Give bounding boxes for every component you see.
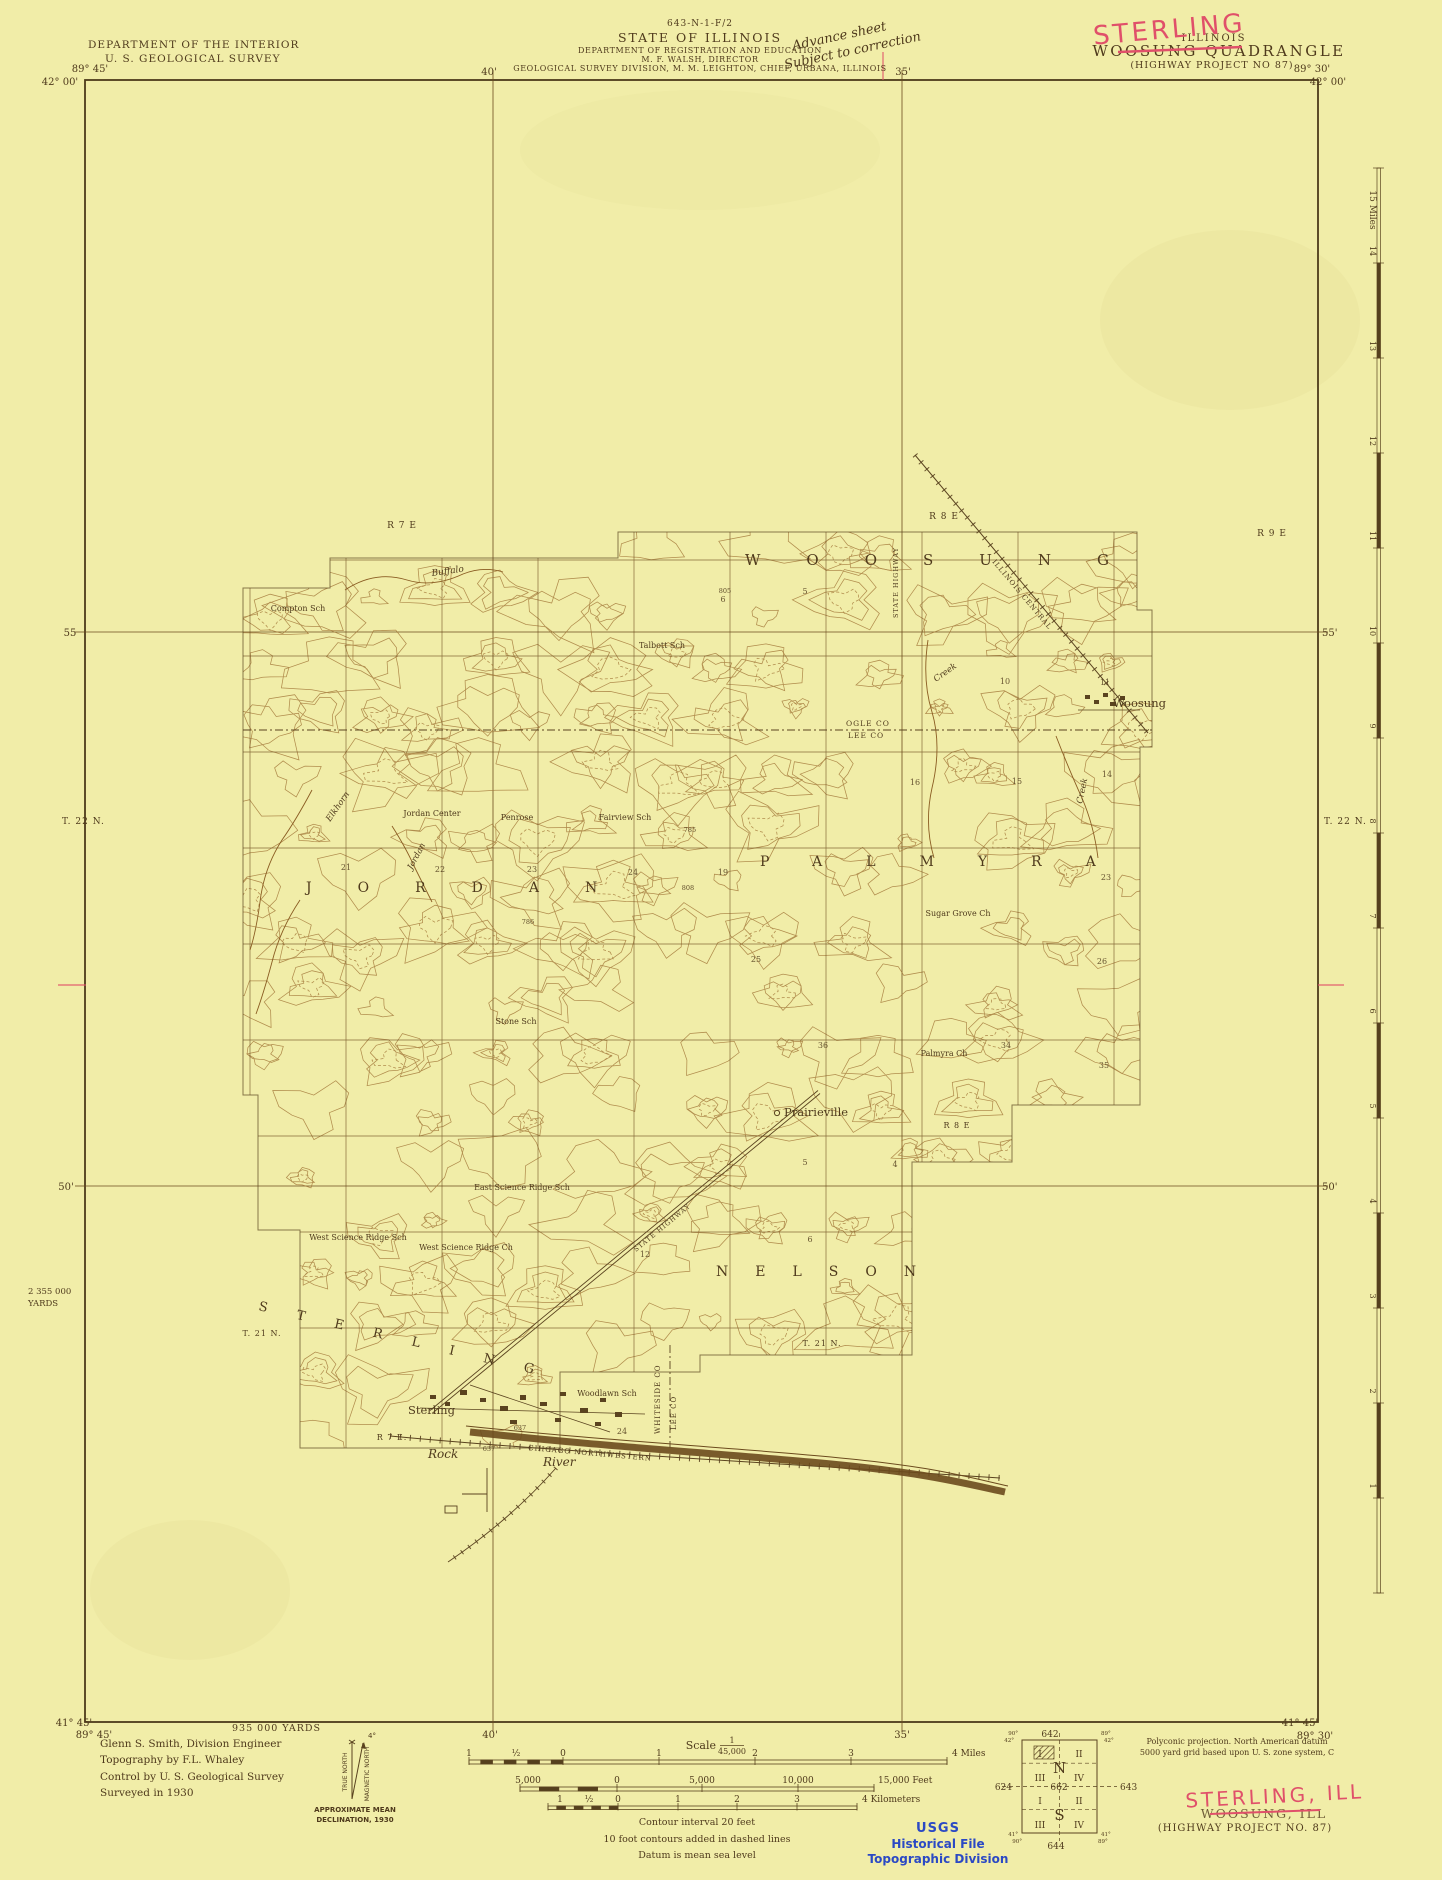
mile-ruler-value: 5 xyxy=(1368,1103,1377,1108)
credit-line: Topography by F.L. Whaley xyxy=(100,1754,244,1766)
current-sheet-hatch xyxy=(1034,1746,1054,1759)
km-scale-label: 1 xyxy=(557,1795,563,1805)
index-north-letter: N xyxy=(1053,1759,1066,1777)
feet-scale-label: 5,000 xyxy=(515,1776,541,1786)
feet-scale-label: 15,000 Feet xyxy=(878,1776,933,1786)
tick-35-top: 35' xyxy=(895,67,910,78)
mile-ruler-title: 15 Miles xyxy=(1367,190,1377,230)
mile-ruler xyxy=(1373,168,1384,1593)
section-number: 24 xyxy=(628,868,638,877)
section-number: 23 xyxy=(1101,873,1111,882)
projection-notes: Polyconic projection. North American dat… xyxy=(1140,1737,1334,1757)
mile-ruler-value: 1 xyxy=(1368,1483,1377,1488)
corner-tr-lat: 42° 00' xyxy=(1310,77,1346,88)
index-north-sheet: 642 xyxy=(1041,1730,1058,1740)
credit-line: Surveyed in 1930 xyxy=(100,1787,194,1799)
mile-ruler-value: 13 xyxy=(1368,341,1377,351)
section-number: 16 xyxy=(910,778,920,787)
index-quadrant: IV xyxy=(1074,1774,1085,1784)
section-number: 5 xyxy=(802,587,807,596)
km-scale-label: 0 xyxy=(615,1795,621,1805)
km-scale-label: 4 Kilometers xyxy=(862,1795,921,1805)
creek-label-1: Creek xyxy=(932,661,959,684)
section-number: 34 xyxy=(1001,1041,1011,1050)
km-scale-label: ½ xyxy=(585,1794,594,1805)
section-number: 10 xyxy=(1000,677,1010,686)
section-number: 11 xyxy=(1100,678,1110,687)
index-corner-coord: 42° xyxy=(1104,1738,1114,1744)
km-scale-label: 2 xyxy=(734,1795,740,1805)
landing-field xyxy=(445,1468,487,1513)
highway-project-title: (HIGHWAY PROJECT NO 87) xyxy=(1130,60,1293,71)
datum-note: Datum is mean sea level xyxy=(638,1850,755,1861)
mile-ruler-value: 3 xyxy=(1368,1293,1377,1298)
mile-ruler-value: 14 xyxy=(1368,246,1377,256)
township-palmyra: PALMYRA xyxy=(760,854,1140,870)
streams xyxy=(250,569,1098,1014)
penrose-label: Penrose xyxy=(501,813,534,822)
sugar-grove-church-label: Sugar Grove Ch xyxy=(926,909,991,918)
fairview-school-label: Fairview Sch xyxy=(599,813,651,822)
town-labels: Woosung Prairieville Sterling xyxy=(408,696,1167,1417)
rock-river-label-river: River xyxy=(542,1455,577,1469)
tick-35-bottom: 35' xyxy=(894,1730,909,1741)
water-labels: Buffalo Elkhorn Jordan Creek Creek Rock … xyxy=(324,564,1091,1469)
highway-project-bottom: (HIGHWAY PROJECT NO. 87) xyxy=(1158,1823,1332,1834)
mile-ruler-value: 8 xyxy=(1368,818,1377,823)
spot-elevation: 808 xyxy=(682,884,694,892)
mile-ruler-value: 11 xyxy=(1368,531,1377,541)
buffalo-creek-label: Buffalo xyxy=(430,564,465,579)
spot-elevation: 786 xyxy=(522,918,534,926)
scale-word: Scale xyxy=(686,1739,716,1752)
tick-40-bottom: 40' xyxy=(482,1730,497,1741)
township-22n-right: T. 22 N. xyxy=(1324,817,1367,827)
corner-tr-lon: 89° 30' xyxy=(1294,64,1330,75)
section-number: 15 xyxy=(1012,777,1022,786)
jordan-center-label: Jordan Center xyxy=(402,809,460,818)
index-diagram: 642 644 624 643 662 N S I II III IV I II… xyxy=(995,1730,1138,1852)
km-scale-label: 1 xyxy=(675,1795,681,1805)
township-name-labels: WOOSUNG JORDAN PALMYRA NELSON STERLING xyxy=(257,551,1155,1384)
credit-line: Control by U. S. Geological Survey xyxy=(100,1771,284,1783)
section-number: 21 xyxy=(341,863,351,872)
declination-caption-1: APPROXIMATE MEAN xyxy=(314,1806,396,1814)
spot-elevation: 637 xyxy=(483,1445,495,1453)
index-corner-coord: 41° xyxy=(1101,1832,1111,1838)
west-science-ridge-school-label: West Science Ridge Sch xyxy=(309,1233,407,1242)
plate-code: 643-N-1-F/2 xyxy=(667,19,733,29)
dept-interior-line: DEPARTMENT OF THE INTERIOR xyxy=(88,39,299,51)
magnetic-north-label: MAGNETIC NORTH xyxy=(364,1747,371,1802)
index-quadrant: II xyxy=(1075,1797,1083,1807)
topo-quadrangle-scan: WOOSUNG JORDAN PALMYRA NELSON STERLING W… xyxy=(0,0,1442,1880)
true-north-label: TRUE NORTH xyxy=(342,1752,349,1792)
railroad-labels: ILLINOIS CENTRAL CHICAGO NORTHWESTERN xyxy=(528,558,1054,1463)
lee-county-label-vertical: LEE CO xyxy=(670,1396,678,1430)
plss-labels: R 7 E R 8 E R 9 E R 8 E R 7 E. T. 22 N. … xyxy=(62,512,1367,1442)
section-number: 4 xyxy=(892,1160,897,1169)
index-quadrant: I xyxy=(1038,1797,1042,1807)
map-sheet: WOOSUNG JORDAN PALMYRA NELSON STERLING W… xyxy=(0,0,1442,1880)
miles-scale-label: 3 xyxy=(848,1749,854,1759)
scale-numerator: 1 xyxy=(729,1736,734,1745)
township-nelson: NELSON xyxy=(716,1264,943,1280)
mile-ruler-value: 2 xyxy=(1368,1388,1377,1393)
corner-bl-lat: 41° 45' xyxy=(56,1718,92,1729)
range-8e-mid: R 8 E xyxy=(943,1121,970,1130)
township-jordan: JORDAN xyxy=(304,880,643,896)
section-number: 6 xyxy=(807,1235,812,1244)
index-corner-coord: 90° xyxy=(1008,1731,1018,1737)
projection-line1: Polyconic projection. North American dat… xyxy=(1146,1737,1328,1746)
miles-scale-label: 1 xyxy=(466,1749,472,1759)
corner-tl-lon: 89° 45' xyxy=(72,64,108,75)
miles-scale-label: ½ xyxy=(512,1748,521,1759)
woodlawn-school-label: Woodlawn Sch xyxy=(577,1389,636,1398)
mile-ruler-value: 7 xyxy=(1368,913,1377,918)
mile-ruler-labels: 15 Miles 14 13 12 11 10 9 8 7 6 5 4 3 2 … xyxy=(1367,190,1377,1488)
town-sterling: Sterling xyxy=(408,1403,456,1417)
township-21n-left: T. 21 N. xyxy=(243,1329,282,1338)
index-south-letter: S xyxy=(1054,1806,1064,1824)
section-number: 5 xyxy=(802,1158,807,1167)
spot-elevation: 785 xyxy=(684,826,696,834)
red-overprint-bottom: STERLING, ILL WOOSUNG, ILL (HIGHWAY PROJ… xyxy=(1158,1779,1365,1834)
stamp-line2: Historical File xyxy=(891,1837,984,1851)
section-number: 24 xyxy=(617,1427,627,1436)
range-9e-top: R 9 E xyxy=(1257,529,1287,539)
index-corner-coord: 89° xyxy=(1098,1839,1108,1845)
range-7e-top: R 7 E xyxy=(387,521,417,531)
index-quadrant: II xyxy=(1075,1750,1083,1760)
section-number: 12 xyxy=(640,1250,650,1259)
east-science-ridge-school-label: East Science Ridge Sch xyxy=(474,1183,570,1192)
index-corner-coord: 41° xyxy=(1008,1832,1018,1838)
section-number: 36 xyxy=(818,1041,828,1050)
scale-block: Scale 1 45,000 xyxy=(686,1736,746,1756)
credit-line: Glenn S. Smith, Division Engineer xyxy=(100,1738,282,1750)
scale-denominator: 45,000 xyxy=(718,1747,746,1756)
section-number: 25 xyxy=(751,955,761,964)
mile-ruler-value: 10 xyxy=(1368,626,1377,636)
contour-interval-note: Contour interval 20 feet xyxy=(639,1817,755,1828)
usgs-line: U. S. GEOLOGICAL SURVEY xyxy=(105,53,281,65)
state-title: STATE OF ILLINOIS xyxy=(618,30,782,45)
projection-line2: 5000 yard grid based upon U. S. zone sys… xyxy=(1140,1748,1334,1757)
compton-school-label: Compton Sch xyxy=(271,604,325,613)
tick-50-left: 50' xyxy=(58,1182,73,1193)
dashed-contours-note: 10 foot contours added in dashed lines xyxy=(603,1834,790,1845)
miles-scale-label: 0 xyxy=(560,1749,566,1759)
declination-angle: 4° xyxy=(368,1732,376,1740)
mile-ruler-value: 9 xyxy=(1368,723,1377,728)
spot-elevation: 637 xyxy=(514,1424,526,1432)
stamp-line1: USGS xyxy=(916,1821,960,1836)
registration-dept-line: DEPARTMENT OF REGISTRATION AND EDUCATION xyxy=(578,46,822,55)
declination-caption-2: DECLINATION, 1930 xyxy=(316,1816,393,1824)
talbott-school-label: Talbott Sch xyxy=(639,641,685,650)
lee-county-label: LEE CO xyxy=(848,731,884,740)
scale-bar-labels: 1 ½ 0 1 2 3 4 Miles 5,000 0 5,000 10,000… xyxy=(466,1748,986,1805)
stone-school-label: Stone Sch xyxy=(495,1017,536,1026)
palmyra-church-label: Palmyra Ch xyxy=(921,1049,968,1058)
elkhorn-creek-label: Elkhorn xyxy=(324,790,352,825)
declination-diagram: 4° TRUE NORTH MAGNETIC NORTH APPROXIMATE… xyxy=(314,1732,396,1824)
corner-tl-lat: 42° 00' xyxy=(42,77,78,88)
contour-lines xyxy=(205,512,1180,1460)
whiteside-county-label: WHITESIDE CO xyxy=(654,1365,662,1434)
illinois-central-label: ILLINOIS CENTRAL xyxy=(990,558,1053,631)
town-prairieville: Prairieville xyxy=(784,1105,848,1119)
index-quadrant: III xyxy=(1035,1821,1046,1831)
index-corner-coord: 42° xyxy=(1004,1738,1014,1744)
index-quadrant: I xyxy=(1038,1750,1042,1760)
yards-grid-bottom: 935 000 YARDS xyxy=(232,1723,321,1734)
mile-ruler-value: 4 xyxy=(1368,1198,1377,1203)
director-line: M. F. WALSH, DIRECTOR xyxy=(641,55,759,64)
prairieville-town-symbol xyxy=(774,1110,779,1115)
miles-scale-label: 2 xyxy=(752,1749,758,1759)
yards-grid-left-line2: YARDS xyxy=(27,1299,58,1309)
mile-ruler-value: 6 xyxy=(1368,1008,1377,1013)
map-notes: Contour interval 20 feet 10 foot contour… xyxy=(603,1817,790,1861)
west-science-ridge-church-label: West Science Ridge Ch xyxy=(419,1243,513,1252)
index-west-sheet: 624 xyxy=(995,1783,1012,1793)
tick-50-right: 50' xyxy=(1322,1182,1337,1193)
section-number: 19 xyxy=(718,868,728,877)
tick-55-right: 55' xyxy=(1322,628,1337,639)
town-woosung: Woosung xyxy=(1113,696,1167,710)
index-center-sheet: 662 xyxy=(1050,1783,1067,1793)
section-number: 6 xyxy=(720,595,725,604)
feet-scale-label: 5,000 xyxy=(689,1776,715,1786)
state-highway-label-vertical: STATE HIGHWAY xyxy=(892,547,900,618)
section-number: 23 xyxy=(527,865,537,874)
stamp-line3: Topographic Division xyxy=(868,1852,1009,1866)
range-7e-bottom: R 7 E. xyxy=(377,1433,408,1442)
tick-40-top: 40' xyxy=(481,67,496,78)
usgs-blue-stamp: USGS Historical File Topographic Divisio… xyxy=(868,1821,1009,1866)
feet-scale-label: 10,000 xyxy=(782,1776,814,1786)
section-number: 35 xyxy=(1099,1061,1109,1070)
section-number: 22 xyxy=(435,865,445,874)
yards-grid-left-line1: 2 355 000 xyxy=(28,1287,71,1297)
jordan-creek-label: Jordan xyxy=(405,841,428,873)
section-number: 14 xyxy=(1102,770,1112,779)
survey-division-line: GEOLOGICAL SURVEY DIVISION, M. M. LEIGHT… xyxy=(513,64,886,73)
credits-block: Glenn S. Smith, Division Engineer Topogr… xyxy=(100,1738,284,1799)
rock-river-label-rock: Rock xyxy=(427,1447,458,1461)
feet-scale-label: 0 xyxy=(614,1776,620,1786)
section-number: 26 xyxy=(1097,957,1107,966)
index-quadrant: IV xyxy=(1074,1821,1085,1831)
km-scale-label: 3 xyxy=(794,1795,800,1805)
header-block: DEPARTMENT OF THE INTERIOR U. S. GEOLOGI… xyxy=(88,8,1346,73)
miles-scale-label: 4 Miles xyxy=(952,1749,986,1759)
township-22n-left: T. 22 N. xyxy=(62,817,105,827)
ogle-county-label: OGLE CO xyxy=(846,719,890,728)
corner-br-lat: 41° 45' xyxy=(1282,1718,1318,1729)
tick-55-left: 55 xyxy=(64,628,77,639)
miles-scale-label: 1 xyxy=(656,1749,662,1759)
range-8e-top: R 8 E xyxy=(929,512,959,522)
township-woosung: WOOSUNG xyxy=(745,551,1155,569)
spot-elevation: 805 xyxy=(719,587,731,595)
mile-ruler-value: 12 xyxy=(1368,436,1377,446)
index-corner-coord: 90° xyxy=(1012,1839,1022,1845)
index-south-sheet: 644 xyxy=(1047,1842,1064,1852)
index-corner-coord: 89° xyxy=(1101,1731,1111,1737)
index-east-sheet: 643 xyxy=(1120,1783,1137,1793)
index-quadrant: III xyxy=(1035,1774,1046,1784)
township-21n-mid: T. 21 N. xyxy=(803,1339,842,1348)
